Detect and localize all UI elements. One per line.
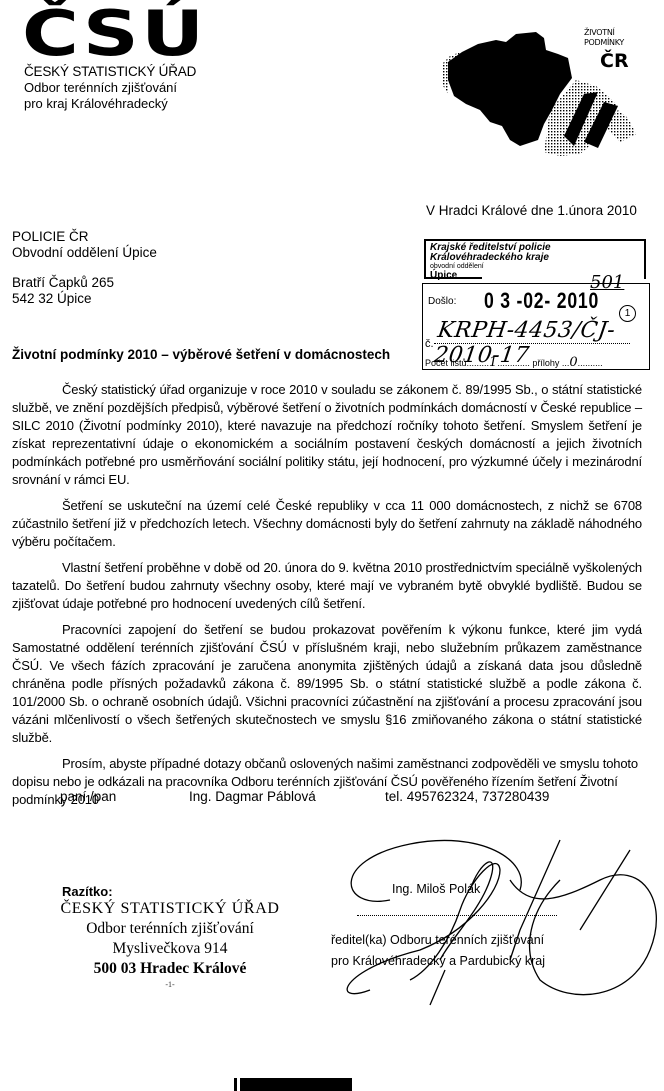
handwritten-signature-icon xyxy=(330,830,664,1010)
org-block: ČESKÝ STATISTICKÝ ÚŘAD Odbor terénních z… xyxy=(24,64,196,112)
survey-logo-line-1: ŽIVOTNÍ xyxy=(584,28,624,38)
attachments-label: přílohy xyxy=(532,358,559,368)
subject-line: Životní podmínky 2010 – výběrové šetření… xyxy=(12,347,390,362)
stamp-line-3: Myslivečkova 914 xyxy=(40,939,300,959)
date-line: V Hradci Králové dne 1.února 2010 xyxy=(426,203,637,218)
body-paragraph: Šetření se uskuteční na území celé České… xyxy=(12,497,642,551)
scan-bar xyxy=(240,1078,352,1091)
attachments-value: 0 xyxy=(569,355,577,370)
survey-logo-text: ŽIVOTNÍ PODMÍNKY xyxy=(584,28,624,48)
stamp-label: Razítko: xyxy=(62,884,113,899)
scan-mark xyxy=(234,1078,237,1091)
stamp-line-4: 500 03 Hradec Králové xyxy=(40,959,300,979)
stamp-line-5: -1- xyxy=(40,979,300,991)
survey-logo-country: ČR xyxy=(600,50,629,72)
csu-logo: ČSÚ xyxy=(22,8,207,60)
org-department: Odbor terénních zjišťování xyxy=(24,80,196,96)
stamp-line-2: Odbor terénních zjišťování xyxy=(40,919,300,939)
contact-phone: tel. 495762324, 737280439 xyxy=(385,789,549,804)
letter-body: Český statistický úřad organizuje v roce… xyxy=(12,381,642,817)
body-paragraph: Vlastní šetření proběhne v době od 20. ú… xyxy=(12,559,642,613)
recipient-city: 542 32 Úpice xyxy=(12,291,157,307)
office-stamp: ČESKÝ STATISTICKÝ ÚŘAD Odbor terénních z… xyxy=(40,899,300,991)
receipt-stamp-line-3: obvodní oddělení xyxy=(430,263,640,271)
org-region: pro kraj Královéhradecký xyxy=(24,96,196,112)
receipt-stamp-line-2: Královéhradeckého kraje xyxy=(430,253,640,263)
contact-name: Ing. Dagmar Páblová xyxy=(189,789,316,804)
received-label: Došlo: xyxy=(428,296,456,307)
reference-underline xyxy=(434,343,630,344)
body-paragraph: Český statistický úřad organizuje v roce… xyxy=(12,381,642,489)
recipient-name: POLICIE ČR xyxy=(12,229,157,245)
pages-label: Počet listů: xyxy=(425,358,469,368)
survey-logo-line-2: PODMÍNKY xyxy=(584,38,624,48)
pages-row: Počet listů:........1............. přílo… xyxy=(425,355,603,370)
received-date: 0 3 -02- 2010 xyxy=(484,288,599,314)
contact-salutation: paní /pan xyxy=(60,789,116,804)
stamp-line-1: ČESKÝ STATISTICKÝ ÚŘAD xyxy=(40,899,300,919)
recipient-department: Obvodní oddělení Úpice xyxy=(12,245,157,261)
recipient-street: Bratří Čapků 265 xyxy=(12,275,157,291)
reference-label: č. xyxy=(425,338,434,350)
receipt-stamp-divider xyxy=(424,277,482,279)
org-name: ČESKÝ STATISTICKÝ ÚŘAD xyxy=(24,64,196,80)
body-paragraph: Pracovníci zapojení do šetření se budou … xyxy=(12,621,642,747)
recipient-address: POLICIE ČR Obvodní oddělení Úpice Bratří… xyxy=(12,229,157,307)
